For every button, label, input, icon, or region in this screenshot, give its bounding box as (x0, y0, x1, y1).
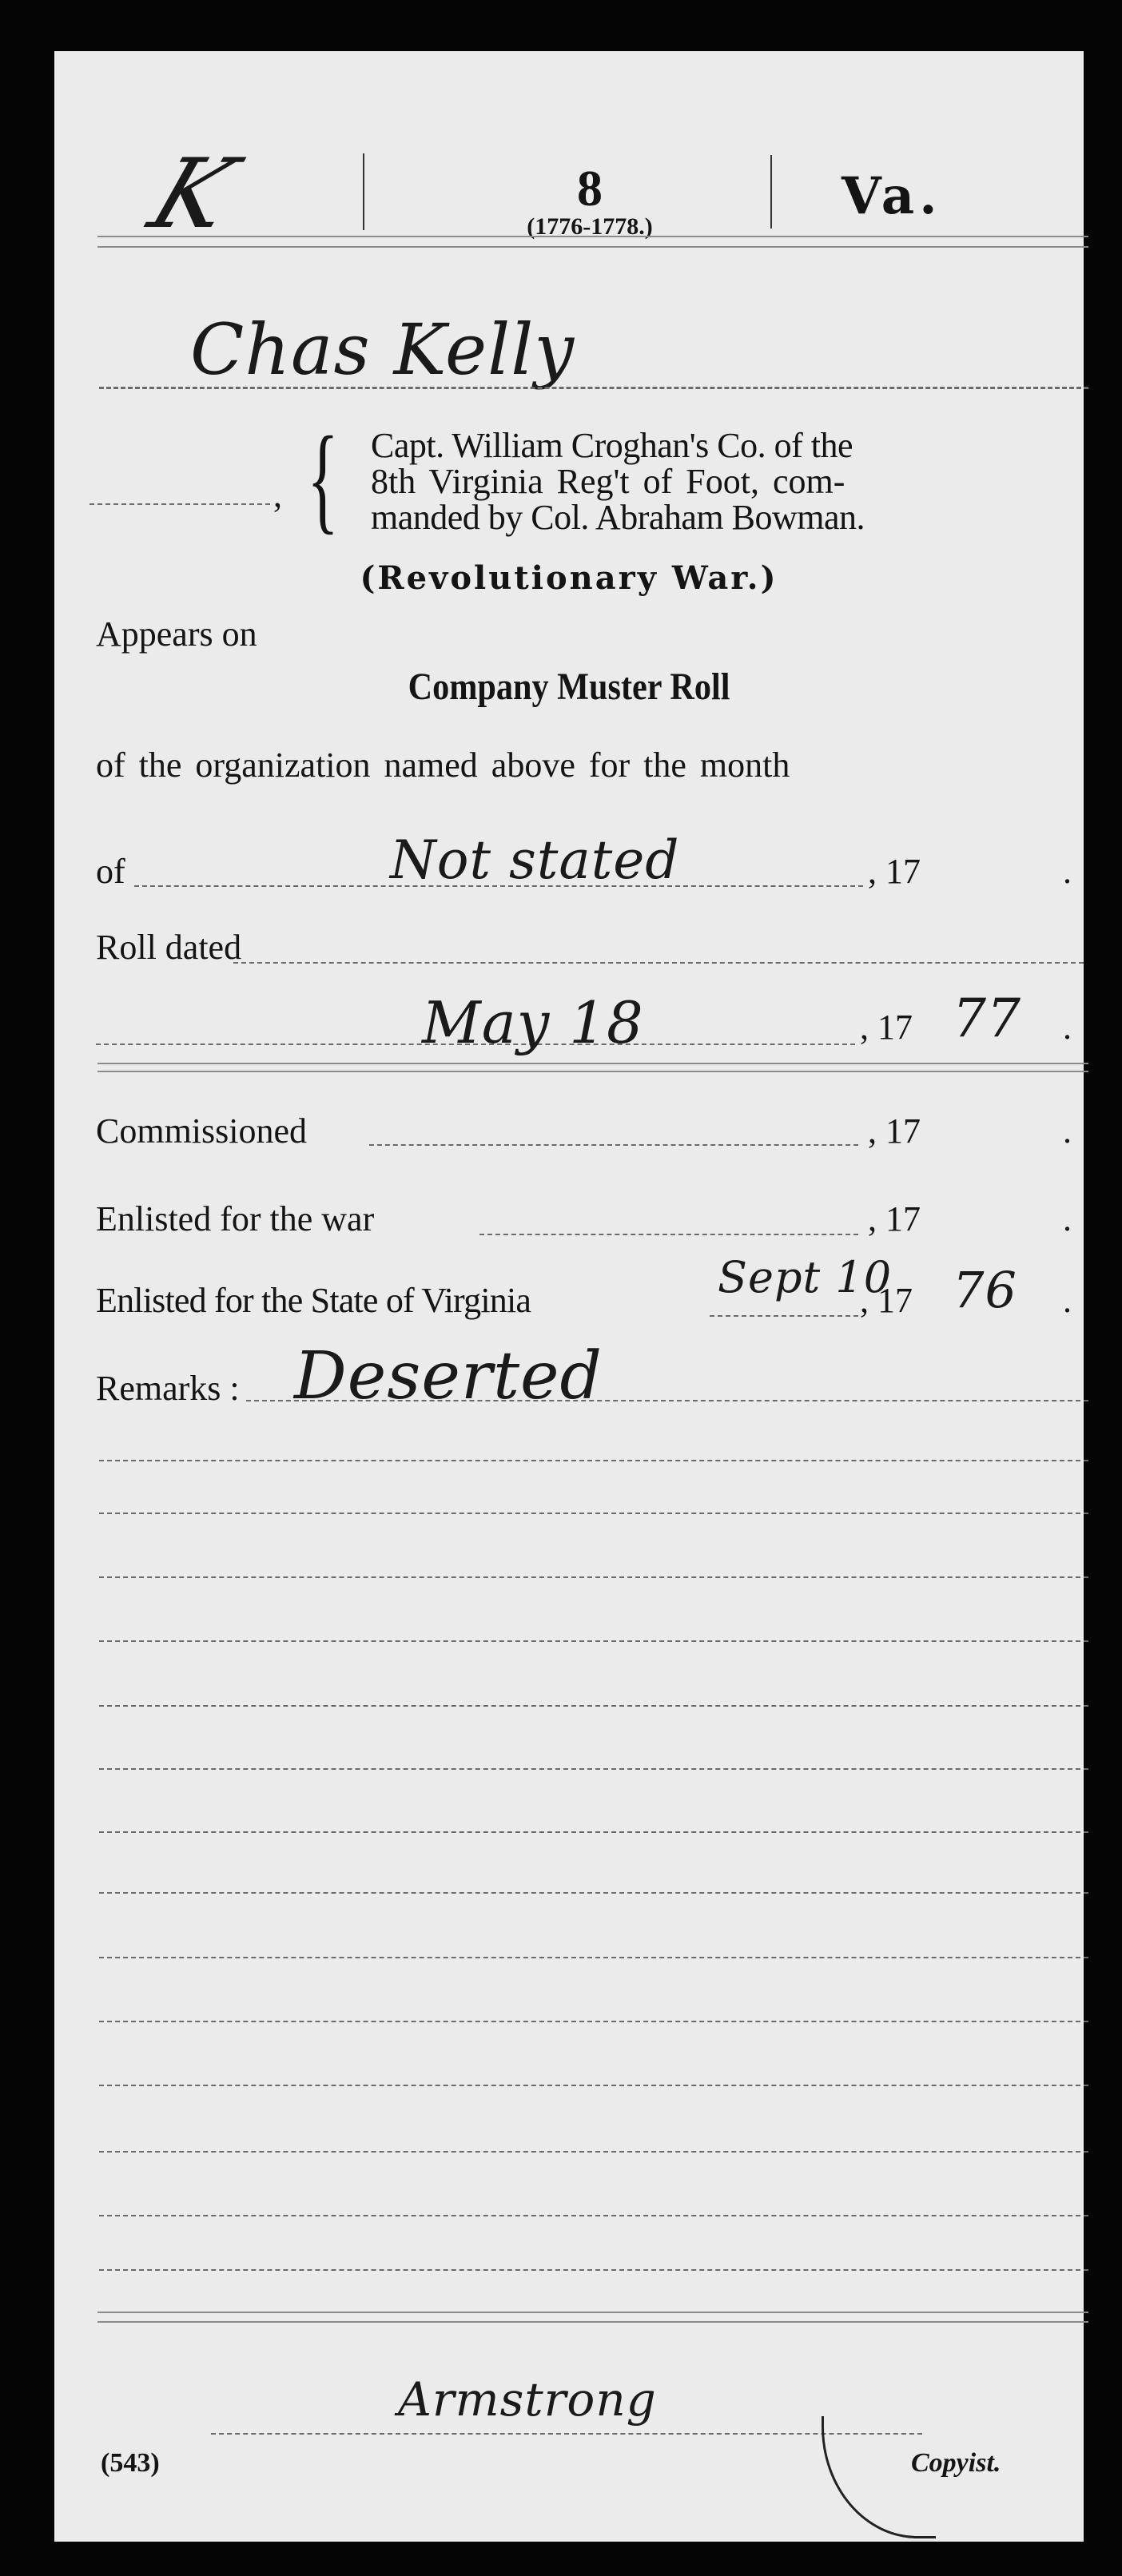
blank-line (99, 1705, 1088, 1707)
regiment-number: 8 (566, 163, 614, 214)
month-end: . (1063, 854, 1072, 889)
roll-dated-year-suffix: 77 (953, 992, 1021, 1045)
unit-line-1: Capt. William Croghan's Co. of the (371, 428, 853, 463)
war-label: (Revolutionary War.) (54, 563, 1084, 594)
blank-line (99, 1957, 1088, 1958)
enlisted-state-year-suffix: 76 (953, 1266, 1017, 1315)
month-label: of (96, 854, 125, 889)
enlisted-war-label: Enlisted for the war (96, 1202, 374, 1237)
blank-line (99, 1513, 1088, 1514)
commissioned-end: . (1063, 1114, 1072, 1149)
blank-line (99, 2021, 1088, 2022)
roll-dated-year-prefix: , 17 (860, 1010, 913, 1045)
header-rule-top (97, 236, 1088, 237)
blank-line (99, 2269, 1088, 2271)
blank-line (99, 1640, 1088, 1642)
unit-comma: , (273, 478, 282, 513)
footer-rule-bottom (97, 2321, 1088, 2323)
roll-type-title: Company Muster Roll (116, 668, 1021, 706)
blank-line (99, 1460, 1088, 1461)
commissioned-line (369, 1144, 858, 1146)
soldier-name: Chas Kelly (190, 315, 575, 385)
copyist-signature: Armstrong (398, 2376, 657, 2423)
blank-line (99, 2085, 1088, 2086)
header-rule-bottom (97, 246, 1088, 248)
section-rule-top (97, 1063, 1088, 1064)
unit-brace: { (307, 419, 339, 539)
unit-line-2: 8th Virginia Reg't of Foot, com- (371, 464, 845, 499)
enlisted-state-end: . (1063, 1283, 1072, 1318)
name-line (99, 387, 1088, 389)
roll-dated-label: Roll dated (96, 930, 241, 965)
form-number: (543) (101, 2450, 160, 2477)
section-rule-bottom (97, 1071, 1088, 1072)
organization-sentence: of the organization named above for the … (96, 748, 790, 783)
header-initial: K (137, 139, 249, 250)
appears-on-label: Appears on (96, 617, 257, 652)
footer-rule-top (97, 2312, 1088, 2313)
enlisted-war-end: . (1063, 1202, 1072, 1237)
copyist-line (211, 2433, 922, 2435)
blank-line (99, 1768, 1088, 1770)
roll-dated-value: May 18 (422, 994, 644, 1051)
roll-dated-line-1 (233, 962, 1084, 964)
blank-line (99, 1892, 1088, 1894)
copyist-label: Copyist. (911, 2450, 1001, 2477)
remarks-label: Remarks : (96, 1371, 240, 1406)
enlisted-state-label: Enlisted for the State of Virginia (96, 1283, 531, 1318)
unit-blank-line (90, 503, 270, 505)
blank-line (99, 2151, 1088, 2153)
commissioned-label: Commissioned (96, 1114, 307, 1149)
muster-card: K 8 (1776-1778.) Va. Chas Kelly , { Capt… (54, 51, 1084, 2542)
state-label: Va. (841, 171, 942, 222)
roll-dated-end: . (1063, 1010, 1072, 1045)
month-value: Not stated (390, 834, 680, 887)
blank-line (99, 1831, 1088, 1833)
enlisted-state-year-prefix: , 17 (860, 1283, 913, 1318)
enlisted-state-line (710, 1315, 858, 1317)
blank-line (99, 1576, 1088, 1578)
unit-line-3: manded by Col. Abraham Bowman. (371, 500, 865, 535)
blank-line (99, 2215, 1088, 2216)
enlisted-war-line (479, 1234, 858, 1235)
remarks-value: Deserted (294, 1344, 603, 1409)
enlisted-war-year-prefix: , 17 (868, 1202, 921, 1237)
commissioned-year-prefix: , 17 (868, 1114, 921, 1149)
header-divider-left (363, 153, 364, 230)
month-year-prefix: , 17 (868, 854, 921, 889)
header-divider-right (770, 155, 772, 229)
